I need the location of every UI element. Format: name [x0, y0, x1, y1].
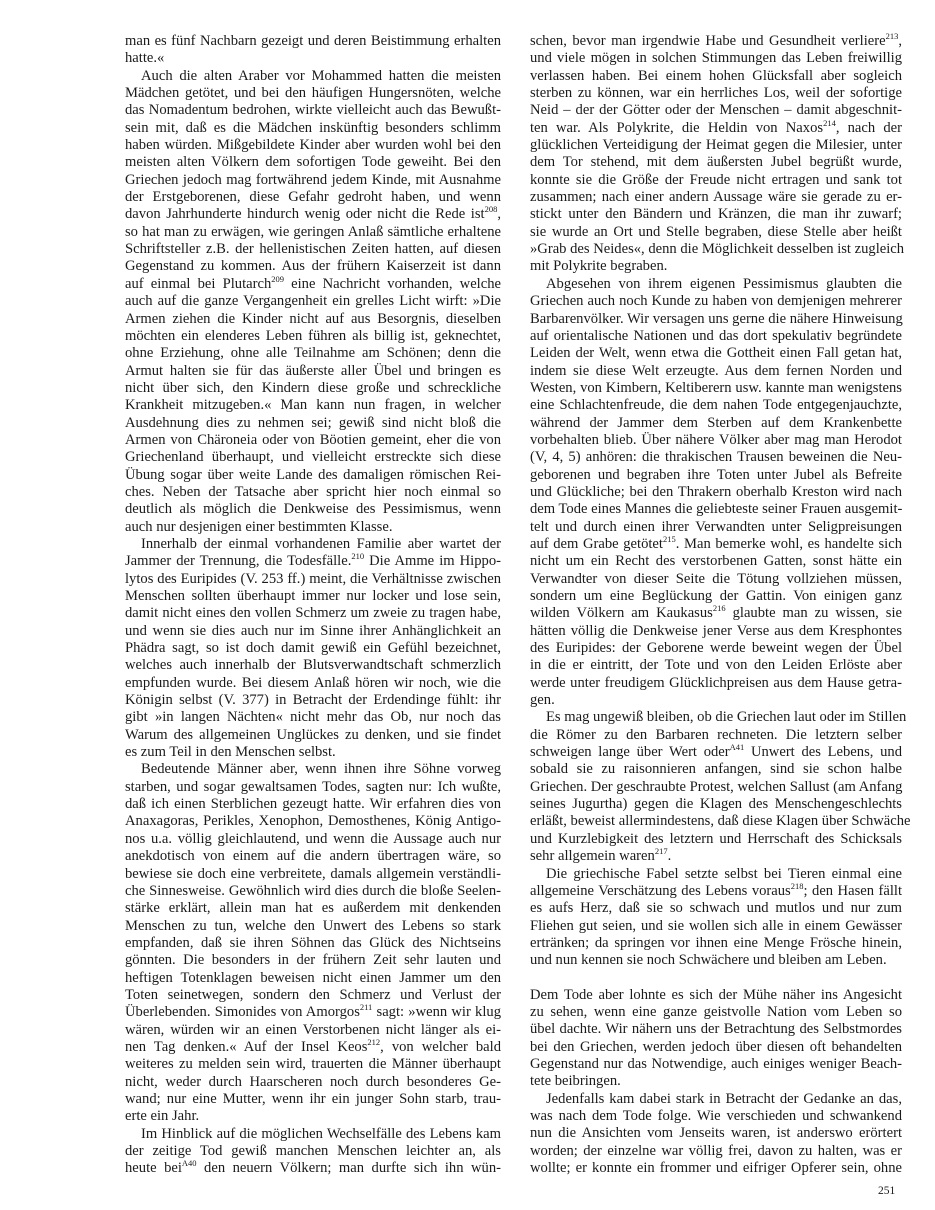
text-segment: Leiden der Welt, wenn etwa die Gottheit … [530, 345, 902, 361]
text-segment: . Man bemerke wohl, es handelte sich [676, 536, 902, 552]
text-segment: schen, bevor man irgendwie Habe und Gesu… [530, 33, 886, 49]
text-segment: Jammer der Trennung, die Todesfälle. [125, 553, 351, 569]
text-segment: Die griechische Fabel setzte selbst bei … [546, 866, 902, 882]
text-segment: »Grab des Neides«, denn die Möglichkeit … [530, 241, 904, 257]
footnote-marker[interactable]: A40 [182, 1158, 197, 1168]
text-line: Westen, von Kimbern, Keltiberern usw. ka… [514, 380, 902, 397]
text-segment: auf einmal bei Plutarch [125, 276, 271, 292]
text-line: Verwandter von dieser Seite die Tötung v… [514, 571, 902, 588]
text-segment: Es mag ungewiß bleiben, ob die Griechen … [546, 709, 906, 725]
text-segment: und Kurzlebigkeit des letztern und Herrs… [530, 831, 902, 847]
text-segment: nicht um ein Recht des verstorbenen Gatt… [530, 553, 902, 569]
text-segment: während der Jammer dem Sterben auf dem K… [530, 415, 902, 431]
text-segment: Mädchen getötet, und bei den häufigen Hu… [125, 85, 501, 101]
text-line: es zum Teil in den Menschen selbst. [109, 744, 501, 761]
text-line: sehr allgemein waren217. [514, 848, 902, 865]
text-segment: dem Tor stehend, mit dem äußersten Jubel… [530, 154, 902, 170]
text-segment: ; den Hasen fällt [804, 883, 903, 899]
text-segment: nos u.a. völlig gleichlautend, und wenn … [125, 831, 501, 847]
text-segment: stärke erklärt, allein man hat es außerd… [125, 900, 501, 916]
text-segment: indem sie diese Welt erzeugte. Aus dem f… [530, 363, 902, 379]
text-segment: bei den Griechen, werden jedoch über die… [530, 1039, 902, 1055]
text-line: Gegenstand zu kommen. Aus der frühern Ka… [109, 258, 501, 275]
text-segment: Dem Tode aber lohnte es sich der Mühe nä… [530, 987, 902, 1003]
text-line: Phädra sagt, so ist doch damit gewiß ein… [109, 640, 501, 657]
text-line: Ausdehnung dies zu nehmen sei; gewiß sin… [109, 415, 501, 432]
text-line: empfunden wurde. Bei diesem Anlaß hören … [109, 675, 501, 692]
text-line: das Nomadentum bedrohen, wirkte vielleic… [109, 102, 501, 119]
text-line: Griechen jedoch mag fortwährend jedem Ki… [109, 172, 501, 189]
text-line: lytos des Euripides (V. 253 ff.) meint, … [109, 571, 501, 588]
text-line: während der Jammer dem Sterben auf dem K… [514, 415, 902, 432]
text-segment: Überlebenden. Simonides von Amorgos [125, 1004, 360, 1020]
text-line: Armen von Chäroneia oder von Böotien gem… [109, 432, 501, 449]
text-segment: daß ich einen Sterblichen gezeugt hatte.… [125, 796, 501, 812]
text-segment: es zum Teil in den Menschen selbst. [125, 744, 336, 760]
text-segment: Bedeutende Männer aber, wenn ihnen ihre … [141, 761, 501, 777]
page-number: 251 [878, 1185, 895, 1197]
text-line: nen Tag denken.« Auf der Insel Keos212, … [109, 1039, 501, 1056]
paragraph: Die griechische Fabel setzte selbst bei … [514, 866, 902, 970]
text-segment: mit Polykrite begraben. [530, 258, 667, 274]
text-line: Jammer der Trennung, die Todesfälle.210 … [109, 553, 501, 570]
text-line: ertränken; da springen vor ihnen eine Me… [514, 935, 902, 952]
text-segment: der zeitige Tod gewiß manchen Menschen l… [125, 1143, 501, 1159]
right-column: schen, bevor man irgendwie Habe und Gesu… [514, 33, 902, 1177]
text-line: nun die Ansichten vom Jenseits waren, is… [514, 1125, 902, 1142]
text-segment: auf orientalische Nationen und das dort … [530, 328, 902, 344]
text-line: Griechen auch noch Kunde zu haben von de… [514, 293, 902, 310]
text-line: sondern um eine Beglückung der Gattin. V… [514, 588, 902, 605]
text-segment: Griechen auch noch Kunde zu haben von de… [530, 293, 902, 309]
text-line: auch nur desjenigen einer bestimmten Kla… [109, 519, 501, 536]
text-line: anekdotisch von einem auf die andern übe… [109, 848, 501, 865]
footnote-marker[interactable]: 215 [663, 534, 676, 544]
text-line: geborenen und begraben ihre Toten unter … [514, 467, 902, 484]
text-segment: bewiese sie doch eine verbreitete, damal… [125, 866, 501, 882]
text-segment: Westen, von Kimbern, Keltiberern usw. ka… [530, 380, 902, 396]
text-line: hätten völlig die Denkweise jener Verse … [514, 623, 902, 640]
left-column: man es fünf Nachbarn gezeigt und deren B… [109, 33, 501, 1178]
text-segment: vorbehalten blieb. Über nähere Völker ab… [530, 432, 902, 448]
text-line: sterben zu können, war ein herrliches Lo… [514, 85, 902, 102]
paragraph: Bedeutende Männer aber, wenn ihnen ihre … [109, 761, 501, 1125]
text-line: Auch die alten Araber vor Mohammed hatte… [109, 68, 501, 85]
text-segment: möchten ein elenderes Leben führen als b… [125, 328, 501, 344]
text-segment: lytos des Euripides (V. 253 ff.) meint, … [125, 571, 501, 587]
text-segment: Menschen zu tun, welche den Unwert des L… [125, 918, 501, 934]
text-segment: ten war. Als Polykrite, die Heldin von N… [530, 120, 823, 136]
footnote-marker[interactable]: 210 [351, 551, 364, 561]
text-line: schen, bevor man irgendwie Habe und Gesu… [514, 33, 902, 50]
paragraph: Im Hinblick auf die möglichen Wechselfäl… [109, 1126, 501, 1178]
text-segment: sondern um eine Beglückung der Gattin. V… [530, 588, 902, 604]
text-line: nos u.a. völlig gleichlautend, und wenn … [109, 831, 501, 848]
text-segment: in die er eintritt, der Tote und von den… [530, 657, 902, 673]
text-segment: Anaxagoras, Perikles, Xenophon, Demosthe… [125, 813, 501, 829]
text-segment: geborenen und begraben ihre Toten unter … [530, 467, 902, 483]
text-segment: allgemeine Verschätzung des Lebens vorau… [530, 883, 791, 899]
text-segment: werde unter freudigem Glücklichpreisen a… [530, 675, 902, 691]
text-line: Bedeutende Männer aber, wenn ihnen ihre … [109, 761, 501, 778]
text-line: möchten ein elenderes Leben führen als b… [109, 328, 501, 345]
paragraph: Auch die alten Araber vor Mohammed hatte… [109, 68, 501, 536]
text-segment: stickt unter den Bändern und Kränzen, di… [530, 206, 902, 222]
text-segment: Menschen sollten überhaupt immer nur loc… [125, 588, 501, 604]
paragraph: Jedenfalls kam dabei stark in Betracht d… [514, 1091, 902, 1178]
text-segment: Gegenstand nur das Notwendige, auch eini… [530, 1056, 902, 1072]
text-segment: Schriftsteller z.B. der hellenistischen … [125, 241, 501, 257]
text-segment: sie wurde an Ort und Stelle begraben, di… [530, 224, 902, 240]
text-line: in die er eintritt, der Tote und von den… [514, 657, 902, 674]
text-line: Überlebenden. Simonides von Amorgos211 s… [109, 1004, 501, 1021]
text-segment: schweigen lange über Wert oder [530, 744, 730, 760]
text-line: tete beibringen. [514, 1073, 902, 1090]
text-line: heute beiA40 den neuern Völkern; man dur… [109, 1160, 501, 1177]
text-line: Jedenfalls kam dabei stark in Betracht d… [514, 1091, 902, 1108]
text-line: dem Tor stehend, mit dem äußersten Jubel… [514, 154, 902, 171]
text-line: Innerhalb der einmal vorhandenen Familie… [109, 536, 501, 553]
text-segment: und wenn sie dies auch nur im Sinne ihre… [125, 623, 501, 639]
text-line: davon Jahrhunderte hindurch wenig oder n… [109, 206, 501, 223]
text-line: der Erstgeborenen, diese Gefahr gedroht … [109, 189, 501, 206]
text-segment: Gegenstand zu kommen. Aus der frühern Ka… [125, 258, 501, 274]
footnote-marker[interactable]: 214 [823, 118, 836, 128]
text-line: die Römer zu den Barbaren rechneten. Die… [514, 727, 902, 744]
text-segment: , [898, 33, 902, 49]
text-line: Königin selbst (V. 377) in Betracht der … [109, 692, 501, 709]
text-line: Fliehen gut seien, und sie wollen sich a… [514, 918, 902, 935]
text-line: telt und durch einen ihrer Verwandten un… [514, 519, 902, 536]
paragraph: Innerhalb der einmal vorhandenen Familie… [109, 536, 501, 761]
paragraph: Dem Tode aber lohnte es sich der Mühe nä… [514, 987, 902, 1091]
text-line: weiteres zu melden sein wird, trauerten … [109, 1056, 501, 1073]
text-segment: wand; nur eine Mutter, wenn ihr ein jung… [125, 1091, 501, 1107]
text-line: Menschen zu tun, welche den Unwert des L… [109, 918, 501, 935]
text-segment: wollte; er konnte ein frommer und eifrig… [530, 1160, 902, 1176]
text-segment: Königin selbst (V. 377) in Betracht der … [125, 692, 501, 708]
text-line: sobald sie zu raisonnieren anfangen, sin… [514, 761, 902, 778]
text-line: hatte.« [109, 50, 501, 67]
text-line: nicht über sich, den Kindern diese große… [109, 380, 501, 397]
text-segment: auch auf die ganze Vergangenheit ein gre… [125, 293, 501, 309]
text-segment: Armen von Chäroneia oder von Böotien gem… [125, 432, 501, 448]
text-segment: deutlich als möglich die Denkweise des P… [125, 501, 501, 517]
text-segment: nen Tag denken.« Auf der Insel Keos [125, 1039, 367, 1055]
text-line: Toten seinetwegen, sondern den Schmerz u… [109, 987, 501, 1004]
text-segment: Krankheit mitzugeben.« Man kann nun frag… [125, 397, 501, 413]
text-line: man es fünf Nachbarn gezeigt und deren B… [109, 33, 501, 50]
text-segment: zu sehen, wenn eine ganze geistvolle Nat… [530, 1004, 902, 1020]
text-segment: welches auch innerhalb der Blutsverwandt… [125, 657, 501, 673]
text-segment: Warum des allgemeinen Unglückes zu denke… [125, 727, 501, 743]
text-line: glücklichen Verteidigung der Heimat gege… [514, 137, 902, 154]
text-segment: verlassen haben. Bei einem hohen Glücksf… [530, 68, 902, 84]
text-segment: ches. Neben der Tatsache aber spricht hi… [125, 484, 501, 500]
text-line: verlassen haben. Bei einem hohen Glücksf… [514, 68, 902, 85]
text-line: Armen ziehen die Kinder nicht auf aus Be… [109, 311, 501, 328]
text-segment: tete beibringen. [530, 1073, 621, 1089]
text-segment: Griechen. Der geschraubte Protest, welch… [530, 779, 902, 795]
footnote-marker[interactable]: A41 [730, 742, 745, 752]
text-segment: damit nicht eines den vollen Schmerz um … [125, 605, 501, 621]
text-segment: Unwert des Lebens, und [744, 744, 902, 760]
text-line: gen. [514, 692, 902, 709]
footnote-marker[interactable]: 209 [271, 274, 284, 284]
text-segment: wilden Völkern am Kaukasus [530, 605, 713, 621]
text-line: und nun kennen sie noch Schwächere und b… [514, 952, 902, 969]
text-segment: eine Nachricht vorhanden, welche [284, 276, 501, 292]
text-segment: zusammen; nach einer andern Aussage wäre… [530, 189, 902, 205]
text-line: starben, und sogar gewaltsamen Todes, sa… [109, 779, 501, 796]
text-line: bei den Griechen, werden jedoch über die… [514, 1039, 902, 1056]
text-line: heftigen Totenklagen beweisen nicht eine… [109, 970, 501, 987]
text-segment: ertränken; da springen vor ihnen eine Me… [530, 935, 902, 951]
text-segment: Barbarenvölker. Wir versagen uns gerne d… [530, 311, 903, 327]
text-line: allgemeine Verschätzung des Lebens vorau… [514, 883, 902, 900]
text-segment: dem Tode eines Mannes die geliebteste se… [530, 501, 902, 517]
text-line: erläßt, beweist allermindestens, daß die… [514, 813, 902, 830]
text-line: was nach dem Tode folge. Wie verschieden… [514, 1108, 902, 1125]
text-line: nicht um ein Recht des verstorbenen Gatt… [514, 553, 902, 570]
text-segment: gönnten. Die besonders in der frühern Ze… [125, 952, 501, 968]
text-segment: auch nur desjenigen einer bestimmten Kla… [125, 519, 392, 535]
text-segment: Armut halten sie für das äußerste aller … [125, 363, 501, 379]
text-line: auch auf die ganze Vergangenheit ein gre… [109, 293, 501, 310]
text-line: so hat man zu erwägen, wie geringen Anla… [109, 224, 501, 241]
text-line: haben würden. Mißgebildete Kinder aber w… [109, 137, 501, 154]
text-line: werde unter freudigem Glücklichpreisen a… [514, 675, 902, 692]
text-line: Die griechische Fabel setzte selbst bei … [514, 866, 902, 883]
text-segment: weiteres zu melden sein wird, trauerten … [125, 1056, 501, 1072]
text-segment: , [497, 206, 501, 222]
text-line: stickt unter den Bändern und Kränzen, di… [514, 206, 902, 223]
text-line: (V, 4, 5) anhören: die thrakischen Traus… [514, 449, 902, 466]
footnote-marker[interactable]: 217 [655, 846, 668, 856]
text-segment: sehr allgemein waren [530, 848, 655, 864]
text-segment: Abgesehen von ihrem eigenen Pessimismus … [546, 276, 902, 292]
text-line: und viele mögen in solchen Stimmungen da… [514, 50, 902, 67]
text-line: und Kurzlebigkeit des letztern und Herrs… [514, 831, 902, 848]
text-line: Mädchen getötet, und bei den häufigen Hu… [109, 85, 501, 102]
text-segment: empfanden, daß sie ihren Söhnen das Glüc… [125, 935, 501, 951]
text-segment: worden; der einzelne war völlig frei, da… [530, 1143, 902, 1159]
text-line: empfanden, daß sie ihren Söhnen das Glüc… [109, 935, 501, 952]
text-segment: seines Jugurtha) gegen die Klagen des Me… [530, 796, 902, 812]
text-line: dem Tode eines Mannes die geliebteste se… [514, 501, 902, 518]
text-line: Menschen sollten überhaupt immer nur loc… [109, 588, 501, 605]
paragraph: Es mag ungewiß bleiben, ob die Griechen … [514, 709, 902, 865]
text-segment: Übung sogar über weite Lande des damalig… [125, 467, 501, 483]
text-segment: starben, und sogar gewaltsamen Todes, sa… [125, 779, 501, 795]
text-line: Griechenland überhaupt, und vielleicht e… [109, 449, 501, 466]
text-line: »Grab des Neides«, denn die Möglichkeit … [514, 241, 902, 258]
text-segment: und Glückliche; bei den Thrakern oberhal… [530, 484, 902, 500]
text-line: konnte sie die Größe der Freude nicht er… [514, 172, 902, 189]
text-line: Leiden der Welt, wenn etwa die Gottheit … [514, 345, 902, 362]
text-line: erte ein Jahr. [109, 1108, 501, 1125]
text-line: Abgesehen von ihrem eigenen Pessimismus … [514, 276, 902, 293]
text-line: meisten alten Völkern dem sofortigen Tod… [109, 154, 501, 171]
text-segment: sagt: »wenn wir klug [372, 1004, 501, 1020]
text-line: welches auch innerhalb der Blutsverwandt… [109, 657, 501, 674]
text-line: auf einmal bei Plutarch209 eine Nachrich… [109, 276, 501, 293]
text-line: Gegenstand nur das Notwendige, auch eini… [514, 1056, 902, 1073]
text-line: zu sehen, wenn eine ganze geistvolle Nat… [514, 1004, 902, 1021]
text-segment: . [668, 848, 672, 864]
text-line: Warum des allgemeinen Unglückes zu denke… [109, 727, 501, 744]
text-line: wären, würden wir an einen Verstorbenen … [109, 1022, 501, 1039]
text-segment: auf dem Grabe getötet [530, 536, 663, 552]
text-segment: gibt »in langen Nächten« nicht mehr das … [125, 709, 501, 725]
text-line: Es mag ungewiß bleiben, ob die Griechen … [514, 709, 902, 726]
text-segment: Jedenfalls kam dabei stark in Betracht d… [546, 1091, 902, 1107]
text-segment: meisten alten Völkern dem sofortigen Tod… [125, 154, 501, 170]
paragraph: man es fünf Nachbarn gezeigt und deren B… [109, 33, 501, 68]
text-segment: hätten völlig die Denkweise jener Verse … [530, 623, 902, 639]
book-page: man es fünf Nachbarn gezeigt und deren B… [0, 0, 935, 1210]
text-segment: hatte.« [125, 50, 164, 66]
text-segment: sterben zu können, war ein herrliches Lo… [530, 85, 902, 101]
text-segment: heute bei [125, 1160, 182, 1176]
text-segment: was nach dem Tode folge. Wie verschieden… [530, 1108, 902, 1124]
text-segment: glaubte man zu wissen, sie [726, 605, 902, 621]
text-line: ten war. Als Polykrite, die Heldin von N… [514, 120, 902, 137]
text-segment: und viele mögen in solchen Stimmungen da… [530, 50, 902, 66]
text-line: deutlich als möglich die Denkweise des P… [109, 501, 501, 518]
text-line: Armut halten sie für das äußerste aller … [109, 363, 501, 380]
text-line: Schriftsteller z.B. der hellenistischen … [109, 241, 501, 258]
footnote-marker[interactable]: 211 [360, 1002, 372, 1012]
text-line: übel dachte. Wir nähern uns der Betracht… [514, 1021, 902, 1038]
text-line: des Euripides: der Geborene werde bewein… [514, 640, 902, 657]
text-segment: Toten seinetwegen, sondern den Schmerz u… [125, 987, 501, 1003]
text-segment: erläßt, beweist allermindestens, daß die… [530, 813, 911, 829]
text-segment: nicht über sich, den Kindern diese große… [125, 380, 501, 396]
text-segment: und nun kennen sie noch Schwächere und b… [530, 952, 887, 968]
text-segment: erte ein Jahr. [125, 1108, 199, 1124]
text-segment: ohne Erziehung, ohne alle Teilnahme am S… [125, 345, 501, 361]
text-segment: das Nomadentum bedrohen, wirkte vielleic… [125, 102, 501, 118]
paragraph: schen, bevor man irgendwie Habe und Gesu… [514, 33, 902, 276]
paragraph: Abgesehen von ihrem eigenen Pessimismus … [514, 276, 902, 710]
text-line: ches. Neben der Tatsache aber spricht hi… [109, 484, 501, 501]
text-segment: Griechen jedoch mag fortwährend jedem Ki… [125, 172, 501, 188]
text-line: und Glückliche; bei den Thrakern oberhal… [514, 484, 902, 501]
text-line: mit Polykrite begraben. [514, 258, 902, 275]
text-segment: des Euripides: der Geborene werde bewein… [530, 640, 902, 656]
text-line: worden; der einzelne war völlig frei, da… [514, 1143, 902, 1160]
text-segment: Neid – der der Götter oder der Menschen … [530, 102, 902, 118]
text-line: es aufs Herz, daß sie so schwach und mut… [514, 900, 902, 917]
text-segment: man es fünf Nachbarn gezeigt und deren B… [125, 33, 501, 49]
text-line: Barbarenvölker. Wir versagen uns gerne d… [514, 311, 902, 328]
text-segment: die Römer zu den Barbaren rechneten. Die… [530, 727, 902, 743]
text-segment: Auch die alten Araber vor Mohammed hatte… [141, 68, 501, 84]
footnote-marker[interactable]: 213 [886, 31, 899, 41]
text-line: wollte; er konnte ein frommer und eifrig… [514, 1160, 902, 1177]
text-line: stärke erklärt, allein man hat es außerd… [109, 900, 501, 917]
footnote-marker[interactable]: 212 [367, 1037, 380, 1047]
text-line: ohne Erziehung, ohne alle Teilnahme am S… [109, 345, 501, 362]
text-segment: empfunden wurde. Bei diesem Anlaß hören … [125, 675, 501, 691]
text-segment: so hat man zu erwägen, wie geringen Anla… [125, 224, 501, 240]
text-segment: glücklichen Verteidigung der Heimat gege… [530, 137, 902, 153]
text-line: Neid – der der Götter oder der Menschen … [514, 102, 902, 119]
text-line: Übung sogar über weite Lande des damalig… [109, 467, 501, 484]
text-segment: haben würden. Mißgebildete Kinder aber w… [125, 137, 501, 153]
text-segment: Phädra sagt, so ist doch damit gewiß ein… [125, 640, 501, 656]
footnote-marker[interactable]: 216 [713, 603, 726, 613]
text-segment: es aufs Herz, daß sie so schwach und mut… [530, 900, 902, 916]
text-segment: telt und durch einen ihrer Verwandten un… [530, 519, 902, 535]
text-segment: heftigen Totenklagen beweisen nicht eine… [125, 970, 501, 986]
text-line: daß ich einen Sterblichen gezeugt hatte.… [109, 796, 501, 813]
text-line: wilden Völkern am Kaukasus216 glaubte ma… [514, 605, 902, 622]
text-line: schweigen lange über Wert oderA41 Unwert… [514, 744, 902, 761]
text-line: damit nicht eines den vollen Schmerz um … [109, 605, 501, 622]
text-line: vorbehalten blieb. Über nähere Völker ab… [514, 432, 902, 449]
text-segment: , von welcher bald [380, 1039, 501, 1055]
text-line: auf dem Grabe getötet215. Man bemerke wo… [514, 536, 902, 553]
text-line: der zeitige Tod gewiß manchen Menschen l… [109, 1143, 501, 1160]
text-segment: davon Jahrhunderte hindurch wenig oder n… [125, 206, 485, 222]
text-segment: Fliehen gut seien, und sie wollen sich a… [530, 918, 902, 934]
text-segment: nun die Ansichten vom Jenseits waren, is… [530, 1125, 902, 1141]
text-segment: che Sinnesweise. Gewöhnlich wird dies du… [125, 883, 501, 899]
text-line: und wenn sie dies auch nur im Sinne ihre… [109, 623, 501, 640]
text-line: sie wurde an Ort und Stelle begraben, di… [514, 224, 902, 241]
text-segment: (V, 4, 5) anhören: die thrakischen Traus… [530, 449, 902, 465]
text-segment: Die Amme im Hippo- [364, 553, 501, 569]
footnote-marker[interactable]: 218 [791, 881, 804, 891]
footnote-marker[interactable]: 208 [485, 204, 498, 214]
text-segment: nicht, weder durch Haarscheren noch durc… [125, 1074, 501, 1090]
text-line: Dem Tode aber lohnte es sich der Mühe nä… [514, 987, 902, 1004]
text-segment: anekdotisch von einem auf die andern übe… [125, 848, 501, 864]
text-segment: Griechenland überhaupt, und vielleicht e… [125, 449, 501, 465]
text-segment: gen. [530, 692, 555, 708]
text-line: auf orientalische Nationen und das dort … [514, 328, 902, 345]
text-line: Im Hinblick auf die möglichen Wechselfäl… [109, 1126, 501, 1143]
text-line: Griechen. Der geschraubte Protest, welch… [514, 779, 902, 796]
text-segment: wären, würden wir an einen Verstorbenen … [125, 1022, 501, 1038]
text-line: eine Schlachtenfreude, die dem nahen Tod… [514, 397, 902, 414]
text-line: bewiese sie doch eine verbreitete, damal… [109, 866, 501, 883]
text-segment: konnte sie die Größe der Freude nicht er… [530, 172, 902, 188]
text-line: Krankheit mitzugeben.« Man kann nun frag… [109, 397, 501, 414]
text-line: gibt »in langen Nächten« nicht mehr das … [109, 709, 501, 726]
text-segment: Verwandter von dieser Seite die Tötung v… [530, 571, 902, 587]
text-line: che Sinnesweise. Gewöhnlich wird dies du… [109, 883, 501, 900]
text-segment: sein mit, daß es die Mädchen inskünftig … [125, 120, 501, 136]
text-segment: übel dachte. Wir nähern uns der Betracht… [530, 1021, 902, 1037]
text-segment: Armen ziehen die Kinder nicht auf aus Be… [125, 311, 501, 327]
text-segment: Ausdehnung dies zu nehmen sei; gewiß sin… [125, 415, 501, 431]
text-line: zusammen; nach einer andern Aussage wäre… [514, 189, 902, 206]
text-segment: sobald sie zu raisonnieren anfangen, sin… [530, 761, 902, 777]
text-segment: Innerhalb der einmal vorhandenen Familie… [141, 536, 501, 552]
text-line: indem sie diese Welt erzeugte. Aus dem f… [514, 363, 902, 380]
text-line: Anaxagoras, Perikles, Xenophon, Demosthe… [109, 813, 501, 830]
text-segment: eine Schlachtenfreude, die dem nahen Tod… [530, 397, 902, 413]
text-segment: , nach der [836, 120, 902, 136]
text-segment: Im Hinblick auf die möglichen Wechselfäl… [141, 1126, 501, 1142]
text-line: nicht, weder durch Haarscheren noch durc… [109, 1074, 501, 1091]
text-line: wand; nur eine Mutter, wenn ihr ein jung… [109, 1091, 501, 1108]
text-segment: den neuern Völkern; man durfte sich ihn … [197, 1160, 501, 1176]
text-line: sein mit, daß es die Mädchen inskünftig … [109, 120, 501, 137]
